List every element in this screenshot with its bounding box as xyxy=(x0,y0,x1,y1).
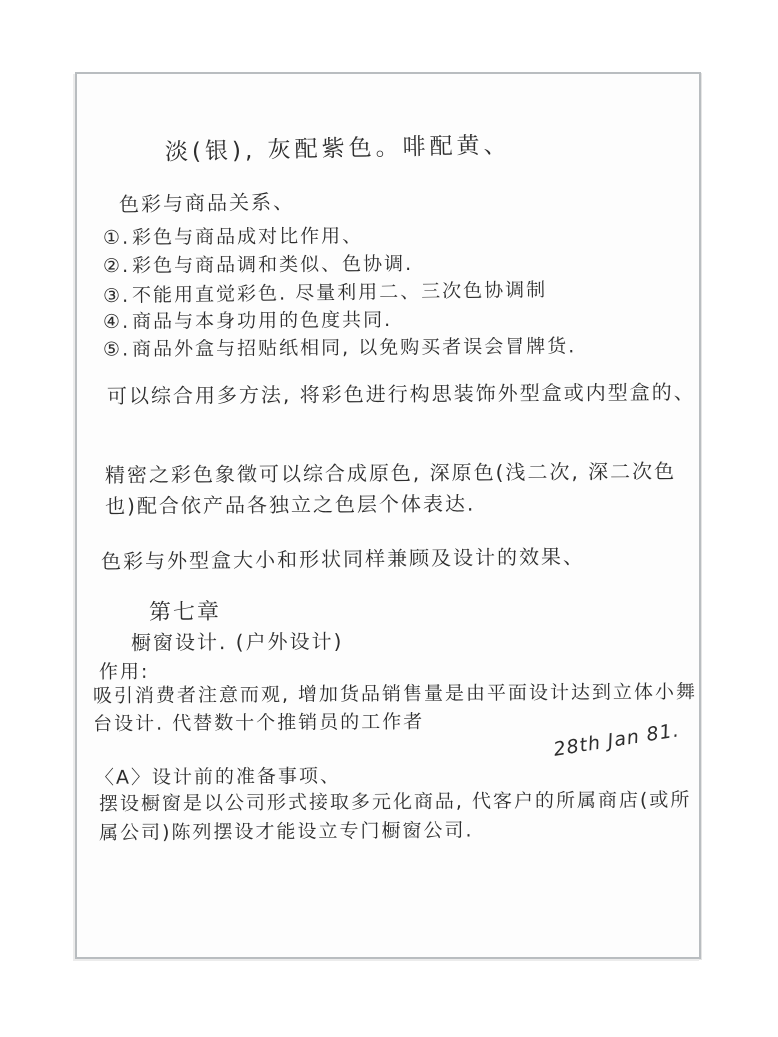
list-item-2: ②.彩色与商品调和类似、色协调. xyxy=(103,250,413,281)
circled-number-4: ④. xyxy=(103,308,130,337)
paragraph-color-box-effect: 色彩与外型盒大小和形状同样兼顾及设计的效果、 xyxy=(101,541,585,576)
paragraph-composite-method: 可以综合用多方法, 将彩色进行构思装饰外型盒或内型盒的、 xyxy=(107,377,699,412)
list-item-3: ③.不能用直觉彩色. 尽量利用二、三次色协调制 xyxy=(103,276,548,311)
scanned-notebook-page: { "document": { "kind": "handwritten Chi… xyxy=(0,0,778,1037)
list-item-5-text: 商品外盒与招贴纸相同, 以免购买者误会冒牌货. xyxy=(132,335,576,360)
list-item-3-text: 不能用直觉彩色. 尽量利用二、三次色协调制 xyxy=(132,279,547,307)
paragraph-precise-color: 精密之彩色象徵可以综合成原色, 深原色(浅二次, 深二次色也)配合依产品各独立之… xyxy=(105,456,705,522)
paper-sheet: 淡(银), 灰配紫色。啡配黄、 色彩与商品关系、 ①.彩色与商品成对比作用、 ②… xyxy=(75,72,701,959)
circled-number-3: ③. xyxy=(103,282,130,311)
circled-number-2: ②. xyxy=(103,252,130,281)
list-item-4: ④.商品与本身功用的色度共同. xyxy=(103,306,392,337)
list-item-1: ①.彩色与商品成对比作用、 xyxy=(103,222,363,252)
list-item-4-text: 商品与本身功用的色度共同. xyxy=(132,309,392,333)
list-item-1-text: 彩色与商品成对比作用、 xyxy=(132,225,363,249)
color-product-relation-heading: 色彩与商品关系、 xyxy=(119,186,295,219)
chapter-number: 第七章 xyxy=(149,596,221,630)
list-item-2-text: 彩色与商品调和类似、色协调. xyxy=(132,253,413,277)
color-pairing-title-line: 淡(银), 灰配紫色。啡配黄、 xyxy=(165,128,511,170)
paragraph-preparation-notes: 摆设橱窗是以公司形式接取多元化商品, 代客户的所属商店(或所属公司)陈列摆设才能… xyxy=(99,786,699,848)
circled-number-1: ①. xyxy=(103,224,130,253)
list-item-5: ⑤.商品外盒与招贴纸相同, 以免购买者误会冒牌货. xyxy=(103,332,576,364)
chapter-title: 橱窗设计. (户外设计) xyxy=(131,626,344,657)
circled-number-5: ⑤. xyxy=(103,335,130,364)
